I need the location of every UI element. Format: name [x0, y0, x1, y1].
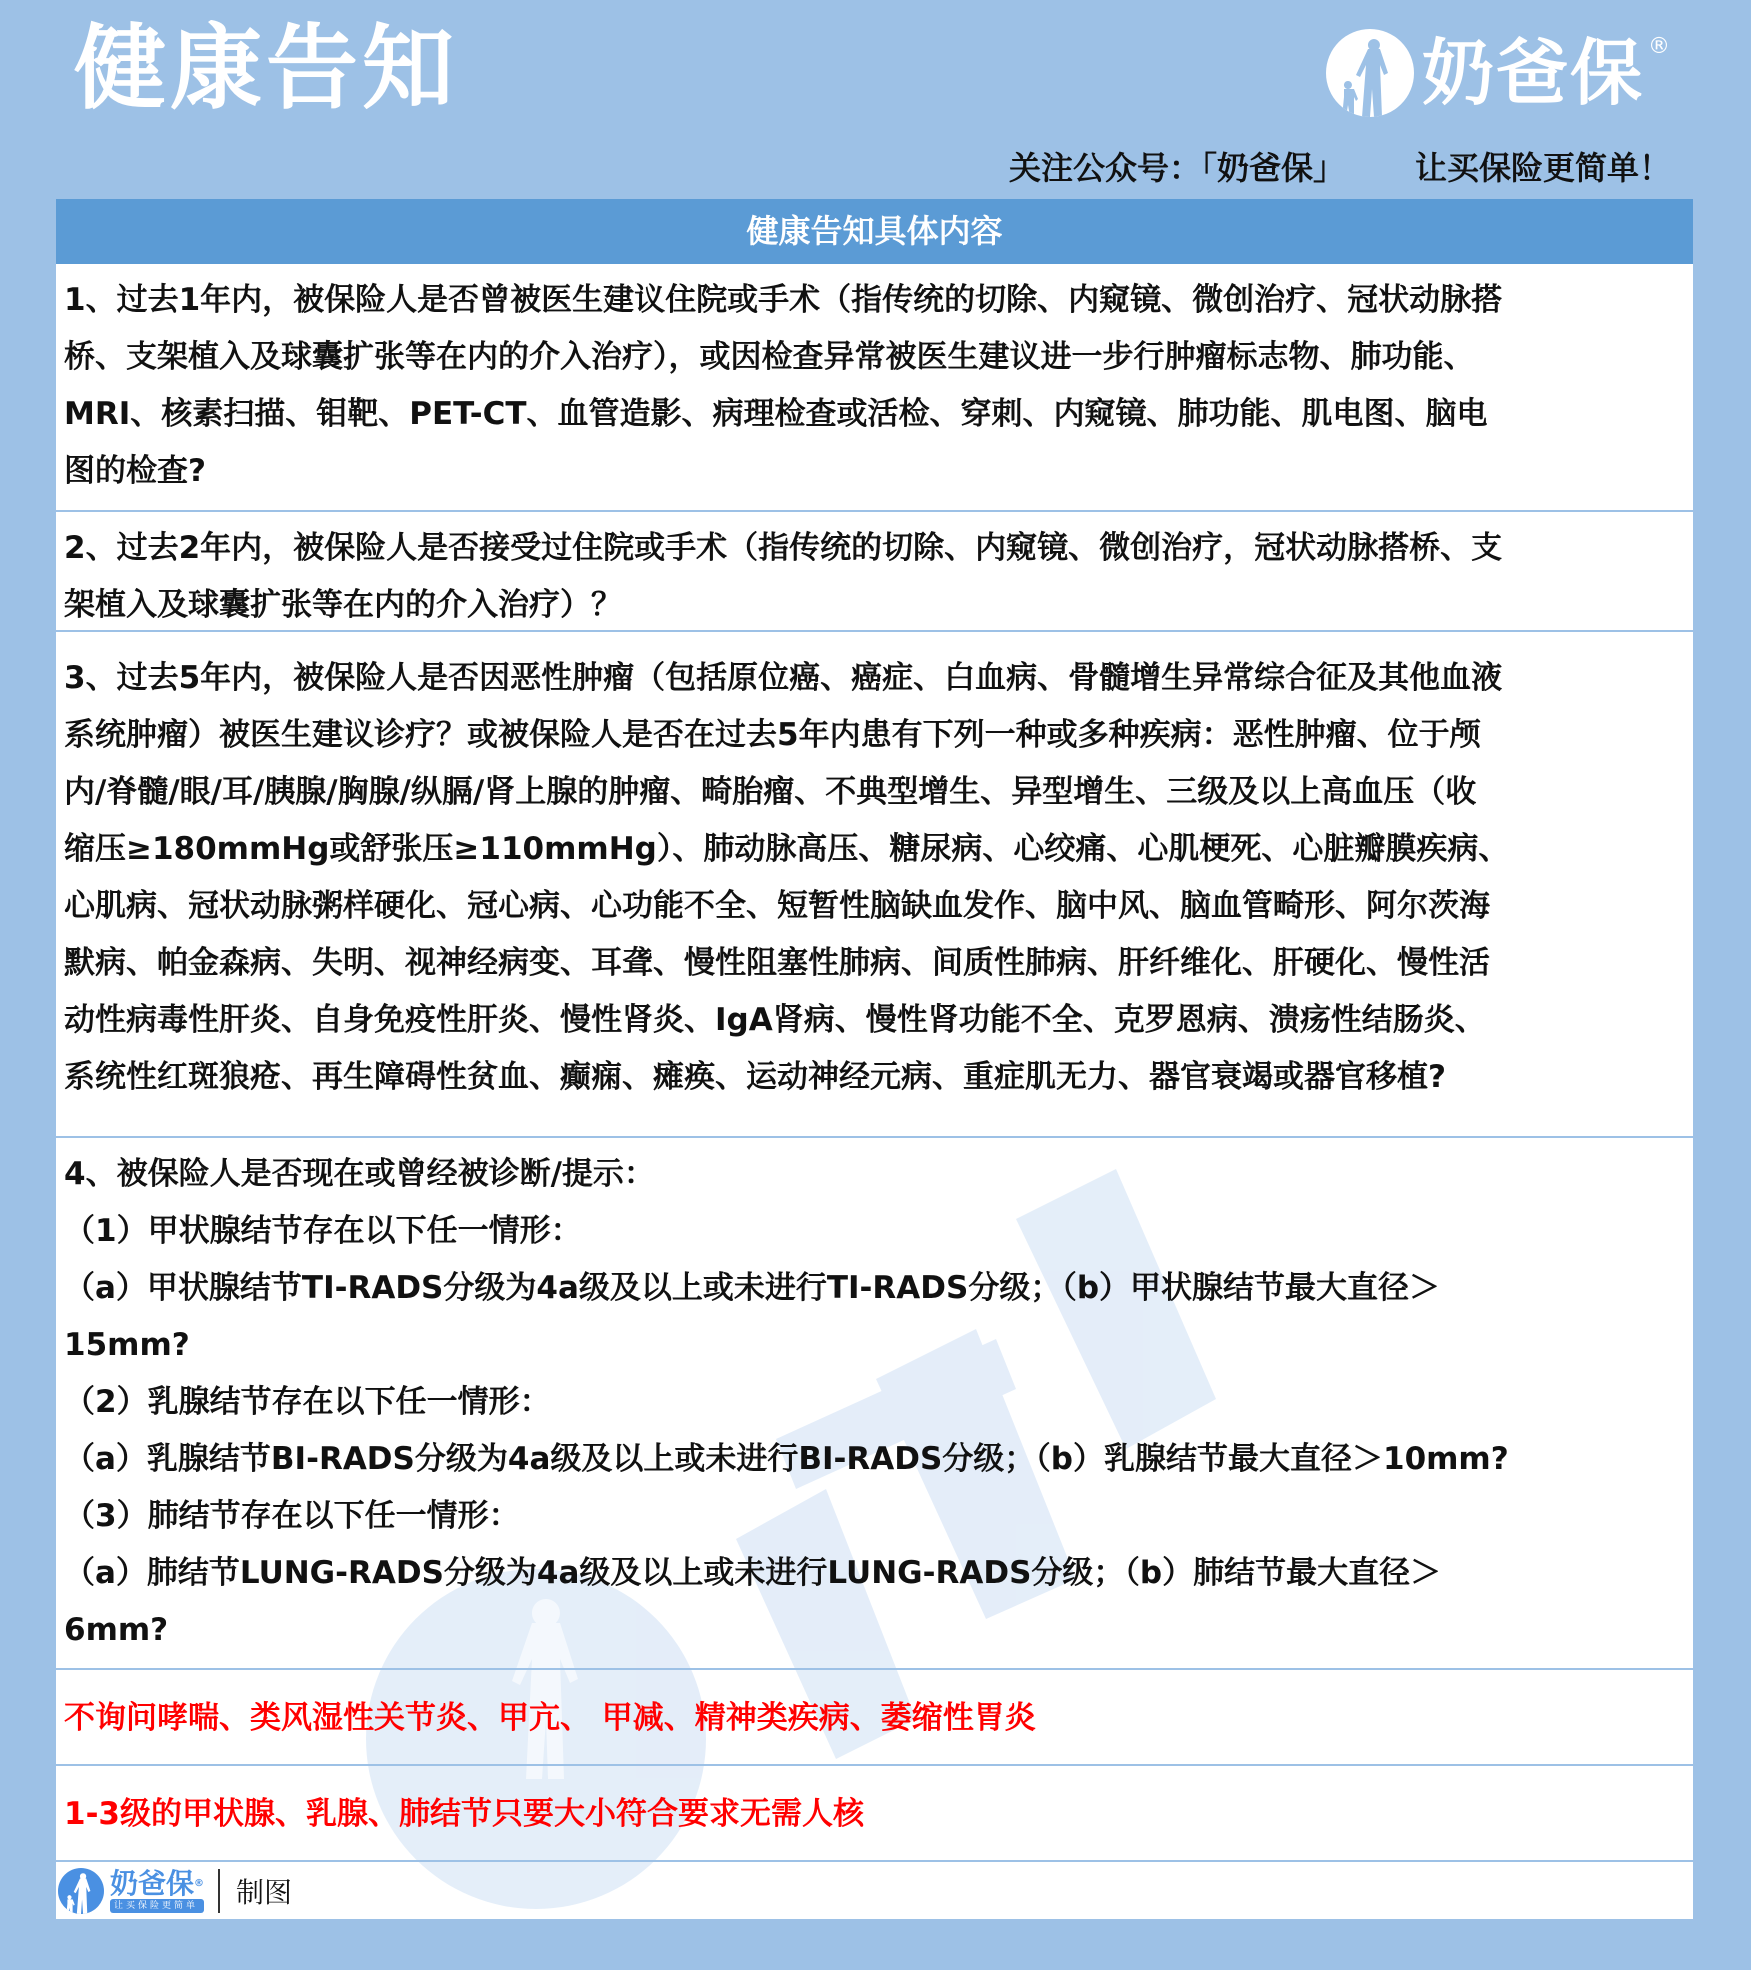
footer-brand-name: 奶爸保® [110, 1869, 204, 1899]
question-4-line: 4、被保险人是否现在或曾经被诊断/提示： [64, 1146, 1681, 1203]
question-4-line: （a）乳腺结节BI-RADS分级为4a级及以上或未进行BI-RADS分级；（b）… [64, 1431, 1681, 1488]
note-not-asked: 不询问哮喘、类风湿性关节炎、甲亢、 甲减、精神类疾病、萎缩性胃炎 [56, 1670, 1693, 1766]
page-title: 健康告知 [74, 14, 458, 124]
registered-mark: ® [1648, 34, 1670, 59]
question-1-line: 1、过去1年内，被保险人是否曾被医生建议住院或手术（指传统的切除、内窥镜、微创治… [64, 272, 1681, 329]
note-text: 不询问哮喘、类风湿性关节炎、甲亢、 甲减、精神类疾病、萎缩性胃炎 [64, 1690, 1681, 1747]
question-1-line: 桥、支架植入及球囊扩张等在内的介入治疗），或因检查异常被医生建议进一步行肿瘤标志… [64, 329, 1681, 386]
question-4-line: （1）甲状腺结节存在以下任一情形： [64, 1203, 1681, 1260]
question-3-line: 系统肿瘤）被医生建议诊疗？或被保险人是否在过去5年内患有下列一种或多种疾病：恶性… [64, 707, 1681, 764]
question-2-line: 架植入及球囊扩张等在内的介入治疗）？ [64, 577, 1681, 634]
father-child-silhouette-icon [58, 1868, 104, 1914]
health-declaration-panel: 健康告知具体内容 1、过去1年内，被保险人是否曾被医生建议住院或手术（指传统的切… [56, 199, 1693, 1919]
footer-brand-name-text: 奶爸保 [110, 1867, 194, 1900]
question-4-line: 15mm? [64, 1317, 1681, 1374]
question-4-line: （3）肺结节存在以下任一情形： [64, 1488, 1681, 1545]
brand-name: 奶爸保 [1422, 28, 1644, 118]
footer-credit-text: 制图 [236, 1871, 292, 1911]
question-3-line: 缩压≥180mmHg或舒张压≥110mmHg）、肺动脉高压、糖尿病、心绞痛、心肌… [64, 821, 1681, 878]
note-nodule-grade: 1-3级的甲状腺、乳腺、肺结节只要大小符合要求无需人核 [56, 1766, 1693, 1862]
footer-divider [218, 1869, 220, 1913]
question-4-line: （2）乳腺结节存在以下任一情形： [64, 1374, 1681, 1431]
father-child-silhouette-icon [1326, 29, 1414, 117]
question-4-line: 6mm? [64, 1602, 1681, 1659]
question-row-2: 2、过去2年内，被保险人是否接受过住院或手术（指传统的切除、内窥镜、微创治疗，冠… [56, 512, 1693, 632]
note-text: 1-3级的甲状腺、乳腺、肺结节只要大小符合要求无需人核 [64, 1786, 1681, 1843]
question-3-line: 系统性红斑狼疮、再生障碍性贫血、癫痫、瘫痪、运动神经元病、重症肌无力、器官衰竭或… [64, 1049, 1681, 1106]
question-1-line: 图的检查? [64, 443, 1681, 500]
question-1-line: MRI、核素扫描、钼靶、PET-CT、血管造影、病理检查或活检、穿刺、内窥镜、肺… [64, 386, 1681, 443]
registered-mark: ® [194, 1878, 204, 1889]
question-row-4: 4、被保险人是否现在或曾经被诊断/提示： （1）甲状腺结节存在以下任一情形： （… [56, 1138, 1693, 1670]
footer-brand-logo: 奶爸保® 让买保险更简单 [58, 1868, 204, 1914]
footer-brand-text: 奶爸保® 让买保险更简单 [110, 1869, 204, 1913]
question-4-line: （a）肺结节LUNG-RADS分级为4a级及以上或未进行LUNG-RADS分级；… [64, 1545, 1681, 1602]
question-4-line: （a）甲状腺结节TI-RADS分级为4a级及以上或未进行TI-RADS分级；（b… [64, 1260, 1681, 1317]
question-2-line: 2、过去2年内，被保险人是否接受过住院或手术（指传统的切除、内窥镜、微创治疗，冠… [64, 520, 1681, 577]
footer-credit-row: 奶爸保® 让买保险更简单 制图 [56, 1862, 1693, 1919]
follow-text: 关注公众号：「奶爸保」 [1009, 146, 1345, 190]
question-3-line: 心肌病、冠状动脉粥样硬化、冠心病、心功能不全、短暂性脑缺血发作、脑中风、脑血管畸… [64, 878, 1681, 935]
question-3-line: 3、过去5年内，被保险人是否因恶性肿瘤（包括原位癌、癌症、白血病、骨髓增生异常综… [64, 650, 1681, 707]
slogan-bar: 关注公众号：「奶爸保」 让买保险更简单！ [1009, 146, 1671, 190]
question-3-line: 动性病毒性肝炎、自身免疫性肝炎、慢性肾炎、IgA肾病、慢性肾功能不全、克罗恩病、… [64, 992, 1681, 1049]
question-3-line: 默病、帕金森病、失明、视神经病变、耳聋、慢性阻塞性肺病、间质性肺病、肝纤维化、肝… [64, 935, 1681, 992]
question-3-line: 内/脊髓/眼/耳/胰腺/胸腺/纵膈/肾上腺的肿瘤、畸胎瘤、不典型增生、异型增生、… [64, 764, 1681, 821]
brand-logo-lockup: 奶爸保 ® [1326, 28, 1670, 118]
question-row-1: 1、过去1年内，被保险人是否曾被医生建议住院或手术（指传统的切除、内窥镜、微创治… [56, 264, 1693, 512]
slogan-text: 让买保险更简单！ [1415, 146, 1671, 190]
footer-brand-tagline: 让买保险更简单 [110, 1899, 204, 1913]
question-row-3: 3、过去5年内，被保险人是否因恶性肿瘤（包括原位癌、癌症、白血病、骨髓增生异常综… [56, 632, 1693, 1138]
panel-title: 健康告知具体内容 [56, 199, 1693, 264]
